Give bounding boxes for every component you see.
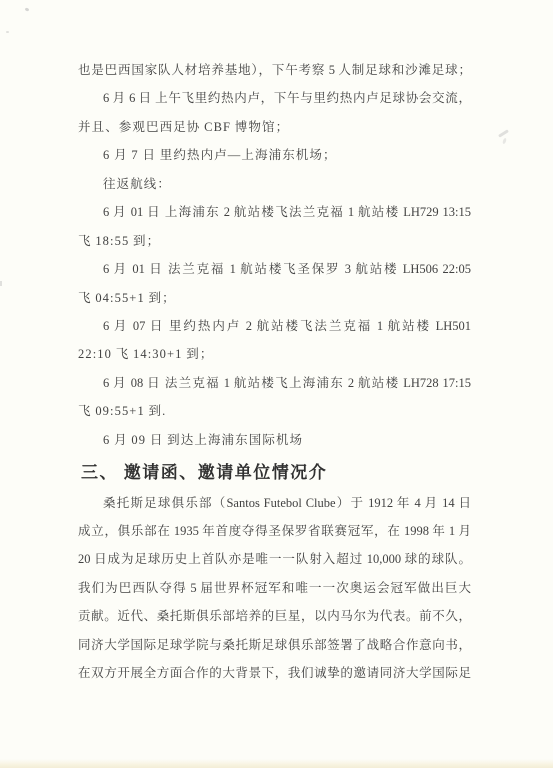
text-line: 6 月 01 日 法兰克福 1 航站楼飞圣保罗 3 航站楼 LH506 22:0… bbox=[78, 255, 471, 283]
text-line: 6 月 09 日 到达上海浦东国际机场 bbox=[78, 426, 471, 454]
text-line: 飞 09:55+1 到. bbox=[78, 397, 471, 425]
text-line: 飞 04:55+1 到； bbox=[78, 284, 471, 312]
text-line: 6 月 08 日 法兰克福 1 航站楼飞上海浦东 2 航站楼 LH728 17:… bbox=[78, 369, 471, 397]
text-line: 6 月 6 日 上午飞里约热内卢，下午与里约热内卢足球协会交流， bbox=[78, 84, 471, 112]
text-line: 6 月 01 日 上海浦东 2 航站楼飞法兰克福 1 航站楼 LH729 13:… bbox=[78, 198, 471, 226]
text-line: 在双方开展全方面合作的大背景下，我们诚挚的邀请同济大学国际足 bbox=[78, 659, 471, 687]
scanned-document-page: 也是巴西国家队人材培养基地），下午考察 5 人制足球和沙滩足球；6 月 6 日 … bbox=[0, 0, 553, 768]
scan-speck bbox=[0, 281, 2, 286]
scan-bottom-edge bbox=[0, 759, 553, 768]
scan-speck bbox=[6, 31, 9, 33]
text-line: 22:10 飞 14:30+1 到； bbox=[78, 340, 471, 368]
text-line: 6 月 7 日 里约热内卢—上海浦东机场； bbox=[78, 141, 471, 169]
text-line: 往返航线： bbox=[78, 170, 471, 198]
text-line: 也是巴西国家队人材培养基地），下午考察 5 人制足球和沙滩足球； bbox=[78, 56, 471, 84]
scan-speck bbox=[498, 129, 509, 137]
scan-speck bbox=[25, 7, 30, 11]
text-line: 我们为巴西队夺得 5 届世界杯冠军和唯一一次奥运会冠军做出巨大 bbox=[78, 574, 471, 602]
text-line: 并且、参观巴西足协 CBF 博物馆； bbox=[78, 113, 471, 141]
text-line: 20 日成为足球历史上首队亦是唯一一队射入超过 10,000 球的球队。 bbox=[78, 545, 471, 573]
document-body: 也是巴西国家队人材培养基地），下午考察 5 人制足球和沙滩足球；6 月 6 日 … bbox=[78, 56, 471, 688]
text-line: 同济大学国际足球学院与桑托斯足球俱乐部签署了战略合作意向书， bbox=[78, 631, 471, 659]
text-line: 贡献。近代、桑托斯俱乐部培养的巨星，以内马尔为代表。前不久， bbox=[78, 602, 471, 630]
text-line: 飞 18:55 到； bbox=[78, 227, 471, 255]
section-heading: 三、 邀请函、邀请单位情况介 bbox=[78, 459, 471, 487]
text-line: 6 月 07 日 里约热内卢 2 航站楼飞法兰克福 1 航站楼 LH501 bbox=[78, 312, 471, 340]
scan-speck bbox=[502, 138, 507, 145]
text-line: 桑托斯足球俱乐部（Santos Futebol Clube）于 1912 年 4… bbox=[78, 489, 471, 517]
text-line: 成立，俱乐部在 1935 年首度夺得圣保罗省联赛冠军，在 1998 年 1 月 bbox=[78, 517, 471, 545]
